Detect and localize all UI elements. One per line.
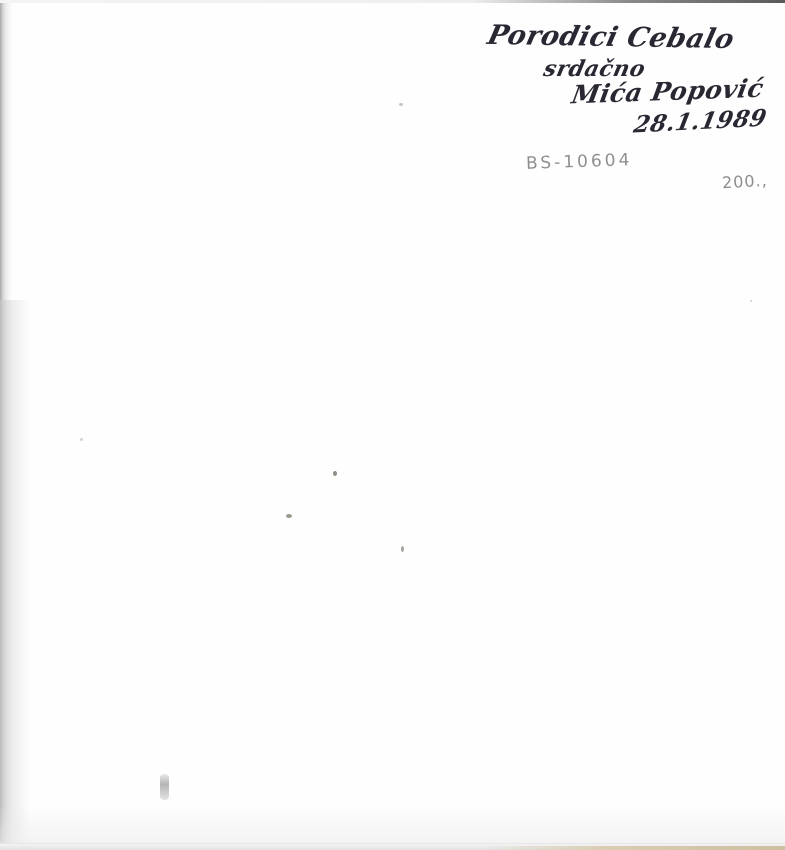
paper-speck bbox=[80, 438, 83, 441]
dedication-signature: Mića Popović bbox=[569, 74, 766, 110]
paper-speck bbox=[333, 471, 337, 476]
catalog-number: BS-10604 bbox=[526, 150, 633, 174]
pencil-smudge bbox=[160, 774, 169, 800]
handwritten-dedication: Porodici Cebalo srdačno Mića Popović 28.… bbox=[486, 22, 785, 142]
bottom-shading bbox=[0, 804, 785, 844]
paper-speck bbox=[401, 546, 404, 552]
top-page-edge bbox=[0, 0, 785, 3]
bottom-page-edge-stain bbox=[485, 846, 785, 850]
paper-speck bbox=[286, 514, 292, 518]
binding-shadow-lower bbox=[0, 300, 30, 850]
paper-speck bbox=[399, 103, 403, 106]
scanned-page: Porodici Cebalo srdačno Mića Popović 28.… bbox=[0, 0, 785, 850]
dedication-date: 28.1.1989 bbox=[631, 104, 769, 138]
price-note: 200., bbox=[722, 171, 769, 192]
dedication-recipient: Porodici Cebalo bbox=[484, 20, 737, 55]
paper-speck bbox=[750, 300, 752, 302]
